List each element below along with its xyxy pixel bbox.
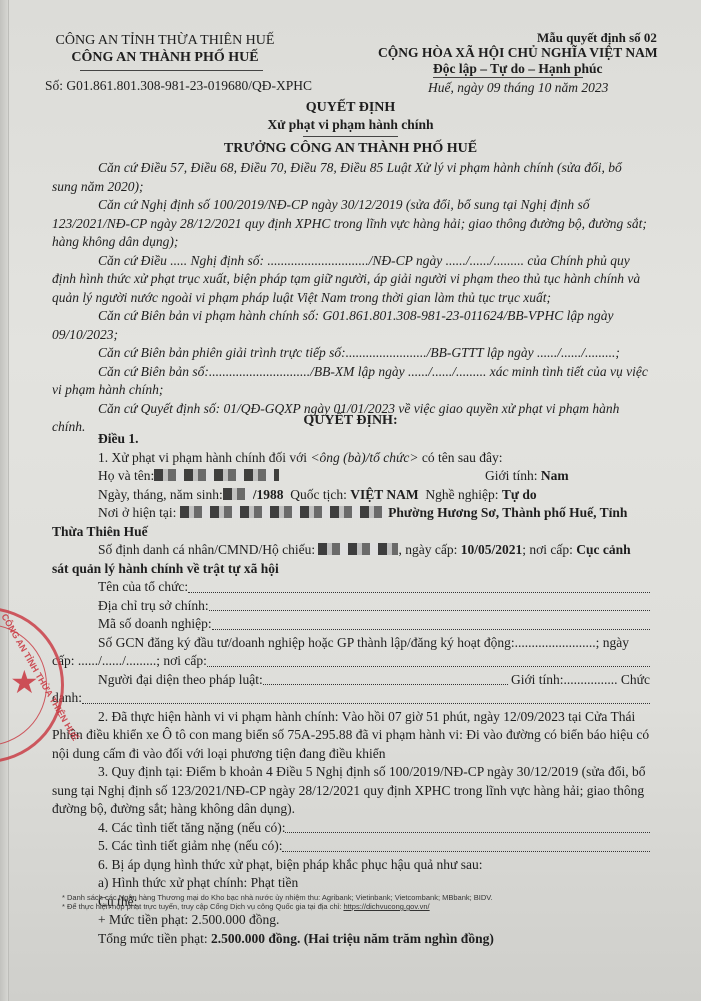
item-2-violation: 2. Đã thực hiện hành vi vi phạm hành chí… — [52, 708, 650, 764]
org-address-row: Địa chỉ trụ sở chính: — [52, 597, 650, 616]
issuing-authority: TRƯỞNG CÔNG AN THÀNH PHỐ HUẾ — [0, 141, 701, 157]
header-left-rule — [80, 70, 263, 71]
org-cert-issue-row: cấp: ....../....../.........; nơi cấp: — [52, 652, 650, 671]
residence-continued: Thừa Thiên Huế — [52, 523, 650, 542]
legal-bases: Căn cứ Điều 57, Điều 68, Điều 70, Điều 7… — [52, 159, 650, 437]
gender-field: Giới tính: Nam — [485, 467, 569, 486]
legal-basis-5: Căn cứ Biên bản phiên giải trình trực ti… — [52, 344, 650, 363]
id-row: Số định danh cá nhân/CMND/Hộ chiếu: , ng… — [52, 541, 650, 560]
footnote-online: * Để thực hiện nộp phạt trực tuyến, truy… — [62, 902, 430, 911]
total-fine: Tổng mức tiền phạt: 2.500.000 đồng. (Hai… — [52, 930, 650, 949]
place-date: Huế, ngày 09 tháng 10 năm 2023 — [428, 80, 608, 96]
legal-basis-2: Căn cứ Nghị định số 100/2019/NĐ-CP ngày … — [52, 196, 650, 252]
agency-name: CÔNG AN THÀNH PHỐ HUẾ — [40, 50, 290, 66]
legal-basis-1: Căn cứ Điều 57, Điều 68, Điều 70, Điều 7… — [52, 159, 650, 196]
nation-title: CỘNG HÒA XÃ HỘI CHỦ NGHĨA VIỆT NAM — [378, 45, 658, 61]
rep-title-row: danh: — [52, 689, 650, 708]
motto: Độc lập – Tự do – Hạnh phúc — [433, 61, 603, 77]
org-code-row: Mã số doanh nghiệp: — [52, 615, 650, 634]
item-5-mitigating: 5. Các tình tiết giảm nhẹ (nếu có): — [52, 837, 650, 856]
item-6-penalty: 6. Bị áp dụng hình thức xử phạt, biện ph… — [52, 856, 650, 875]
decision-title: QUYẾT ĐỊNH — [0, 100, 701, 116]
fine-amount: + Mức tiền phạt: 2.500.000 đồng. — [52, 911, 650, 930]
document-number: Số: G01.861.801.308-981-23-019680/QĐ-XPH… — [45, 78, 312, 94]
id-place-continued: sát quản lý hành chính về trật tự xã hội — [52, 560, 650, 579]
header-right-rule — [433, 77, 583, 78]
name-row: Họ và tên: Giới tính: Nam — [52, 467, 650, 486]
org-cert-row: Số GCN đăng ký đầu tư/doanh nghiệp hoặc … — [52, 634, 650, 653]
article-1-label: Điều 1. — [52, 430, 650, 449]
redacted-name — [154, 469, 279, 481]
item-4-aggravating: 4. Các tình tiết tăng nặng (nếu có): — [52, 819, 650, 838]
dichvucong-link[interactable]: https://dichvucong.gov.vn/ — [343, 902, 429, 911]
article-1: Điều 1. 1. Xử phạt vi phạm hành chính đố… — [52, 430, 650, 948]
redacted-dob — [223, 488, 253, 500]
decision-heading: QUYẾT ĐỊNH: — [0, 413, 701, 429]
org-name-row: Tên của tổ chức: — [52, 578, 650, 597]
redacted-id — [318, 543, 398, 555]
redacted-address — [180, 506, 385, 518]
legal-basis-6: Căn cứ Biên bản số:.....................… — [52, 363, 650, 400]
title-rule — [303, 136, 398, 137]
agency-parent: CÔNG AN TỈNH THỪA THIÊN HUẾ — [40, 33, 290, 49]
residence-row: Nơi ở hiện tại: Phường Hương Sơ, Thành p… — [52, 504, 650, 523]
decision-subtitle: Xử phạt vi phạm hành chính — [0, 117, 701, 133]
footnote-banks: * Danh sách các Ngân hàng Thương mại do … — [62, 893, 493, 902]
item-6a-main-penalty: a) Hình thức xử phạt chính: Phạt tiền — [52, 874, 650, 893]
dob-row: Ngày, tháng, năm sinh:/1988 Quốc tịch: V… — [52, 486, 650, 505]
decision-document: CÔNG AN TỈNH THỪA THIÊN HUẾ CÔNG AN THÀN… — [0, 0, 701, 1001]
form-label: Mẫu quyết định số 02 — [537, 30, 657, 46]
legal-basis-3: Căn cứ Điều ..... Nghị định số: ........… — [52, 252, 650, 308]
legal-rep-row: Người đại diện theo pháp luật: Giới tính… — [52, 671, 650, 690]
legal-basis-4: Căn cứ Biên bản vi phạm hành chính số: G… — [52, 307, 650, 344]
item-3-regulation: 3. Quy định tại: Điểm b khoản 4 Điều 5 N… — [52, 763, 650, 819]
item-1: 1. Xử phạt vi phạm hành chính đối với <ô… — [52, 449, 650, 468]
